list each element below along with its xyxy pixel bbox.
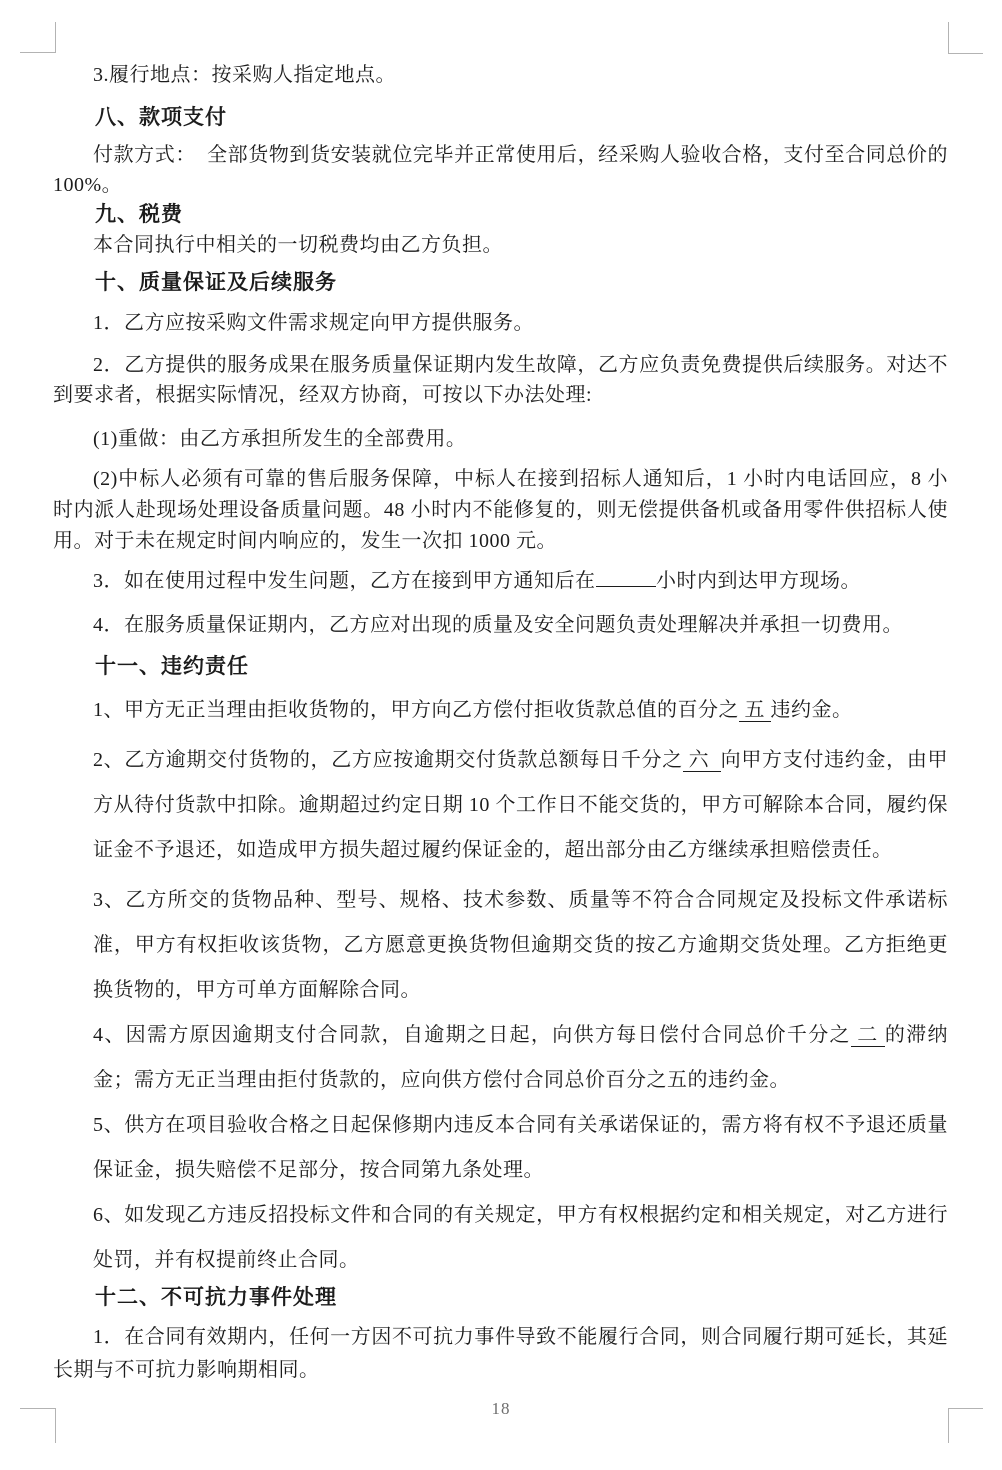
- clause-breach-3: 3、乙方所交的货物品种、型号、规格、技术参数、质量等不符合合同规定及投标文件承诺…: [93, 878, 948, 1013]
- page-number: 18: [0, 1399, 1002, 1419]
- document-page: 3.履行地点：按采购人指定地点。 八、款项支付 付款方式： 全部货物到货安装就位…: [0, 0, 1002, 1470]
- clause-quality-redo: (1)重做：由乙方承担所发生的全部费用。: [53, 424, 948, 454]
- section-heading-breach: 十一、违约责任: [53, 652, 948, 682]
- section-heading-quality: 十、质量保证及后续服务: [53, 268, 948, 298]
- clause-quality-2: 2．乙方提供的服务成果在服务质量保证期内发生故障，乙方应负责免费提供后续服务。对…: [53, 350, 948, 410]
- clause-breach-6: 6、如发现乙方违反招投标文件和合同的有关规定，甲方有权根据约定和相关规定，对乙方…: [93, 1193, 948, 1283]
- clause-quality-1: 1．乙方应按采购文件需求规定向甲方提供服务。: [53, 308, 948, 338]
- clause-performance-location: 3.履行地点：按采购人指定地点。: [53, 60, 948, 90]
- clause-breach-2: 2、乙方逾期交付货物的，乙方应按逾期交付货款总额每日千分之 六 向甲方支付违约金…: [93, 738, 948, 873]
- crop-mark-top-left: [20, 22, 56, 53]
- fill-in-blank-five: 五: [739, 699, 771, 722]
- clause-quality-4: 4．在服务质量保证期内，乙方应对出现的质量及安全问题负责处理解决并承担一切费用。: [53, 610, 948, 640]
- section-heading-force-majeure: 十二、不可抗力事件处理: [53, 1283, 948, 1313]
- clause-breach-4: 4、因需方原因逾期支付合同款，自逾期之日起，向供方每日偿付合同总价千分之 二 的…: [93, 1013, 948, 1103]
- clause-text: 1、甲方无正当理由拒收货物的，甲方向乙方偿付拒收货款总值的百分之: [93, 699, 739, 721]
- clause-tax: 本合同执行中相关的一切税费均由乙方负担。: [53, 230, 948, 260]
- clause-force-majeure-1: 1．在合同有效期内，任何一方因不可抗力事件导致不能履行合同，则合同履行期可延长，…: [53, 1321, 948, 1387]
- crop-mark-top-right: [948, 22, 983, 54]
- fill-in-blank-hours: [596, 566, 657, 587]
- fill-in-blank-six: 六: [683, 749, 721, 772]
- clause-text: 3．如在使用过程中发生问题，乙方在接到甲方通知后在: [93, 570, 596, 592]
- clause-quality-3: 3．如在使用过程中发生问题，乙方在接到甲方通知后在 小时内到达甲方现场。: [53, 566, 948, 596]
- clause-breach-1: 1、甲方无正当理由拒收货物的，甲方向乙方偿付拒收货款总值的百分之 五 违约金。: [93, 688, 948, 733]
- clause-text: 违约金。: [771, 699, 853, 721]
- clause-text: 小时内到达甲方现场。: [656, 570, 861, 592]
- clause-breach-5: 5、供方在项目验收合格之日起保修期内违反本合同有关承诺保证的，需方将有权不予退还…: [93, 1103, 948, 1193]
- section-heading-payment: 八、款项支付: [53, 103, 948, 133]
- clause-text: 2、乙方逾期交付货物的，乙方应按逾期交付货款总额每日千分之: [93, 749, 683, 771]
- clause-text: 4、因需方原因逾期支付合同款，自逾期之日起，向供方每日偿付合同总价千分之: [93, 1024, 851, 1046]
- clause-quality-aftersale: (2)中标人必须有可靠的售后服务保障，中标人在接到招标人通知后，1 小时内电话回…: [53, 464, 948, 557]
- clause-payment-method: 付款方式： 全部货物到货安装就位完毕并正常使用后，经采购人验收合格，支付至合同总…: [53, 140, 948, 200]
- section-heading-tax: 九、税费: [53, 200, 948, 230]
- document-content: 3.履行地点：按采购人指定地点。 八、款项支付 付款方式： 全部货物到货安装就位…: [53, 52, 948, 1387]
- fill-in-blank-two: 二: [851, 1024, 885, 1047]
